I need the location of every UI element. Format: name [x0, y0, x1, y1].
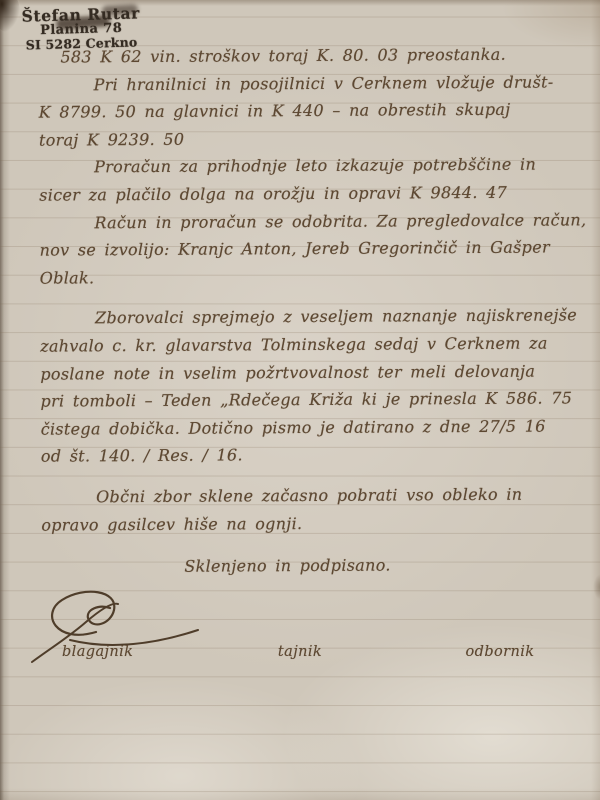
manuscript-line: sicer za plačilo dolga na orožju in opra… — [39, 182, 571, 213]
manuscript-line: Račun in proračun se odobrita. Za pregle… — [39, 210, 571, 241]
manuscript-line: K 8799. 50 na glavnici in K 440 – na obr… — [39, 100, 571, 131]
role-boardmember: odbornik — [400, 644, 600, 660]
role-treasurer: blagajnik — [0, 644, 200, 660]
manuscript-line: toraj K 9239. 50 — [39, 127, 571, 158]
manuscript-line: Občni zbor sklene začasno pobrati vso ob… — [41, 484, 573, 515]
scanned-document-page: Štefan Rutar Planina 78 SI 5282 Cerkno 5… — [0, 0, 600, 800]
role-secretary: tajnik — [200, 644, 400, 660]
manuscript-line: čistega dobička. Dotično pismo je datira… — [41, 416, 573, 447]
manuscript-line: od št. 140. / Res. / 16. — [41, 444, 573, 475]
manuscript-line: Zborovalci sprejmejo z veseljem naznanje… — [40, 306, 572, 337]
manuscript-line: Proračun za prihodnje leto izkazuje potr… — [39, 155, 571, 186]
signature-roles: blagajnik tajnik odbornik — [0, 644, 600, 660]
manuscript-line: Pri hranilnici in posojilnici v Cerknem … — [39, 72, 571, 103]
address-stamp: Štefan Rutar Planina 78 SI 5282 Cerkno — [21, 4, 141, 52]
corner-stain — [0, 0, 20, 32]
manuscript-line: pri tomboli – Teden „Rdečega Križa ki je… — [40, 388, 572, 419]
closing-line: Sklenjeno in podpisano. — [41, 554, 573, 585]
manuscript-line: zahvalo c. kr. glavarstva Tolminskega se… — [40, 333, 572, 364]
signature-block: blagajnik tajnik odbornik — [0, 588, 600, 688]
manuscript-line: opravo gasilcev hiše na ognji. — [41, 512, 573, 543]
manuscript-line: nov se izvolijo: Kranjc Anton, Jereb Gre… — [40, 238, 572, 269]
manuscript-line: 583 K 62 vin. stroškov toraj K. 80. 03 p… — [38, 44, 570, 75]
manuscript-line: poslane note in vselim požrtvovalnost te… — [40, 361, 572, 392]
manuscript-line: Oblak. — [40, 265, 572, 296]
handwritten-text: 583 K 62 vin. stroškov toraj K. 80. 03 p… — [38, 44, 573, 585]
